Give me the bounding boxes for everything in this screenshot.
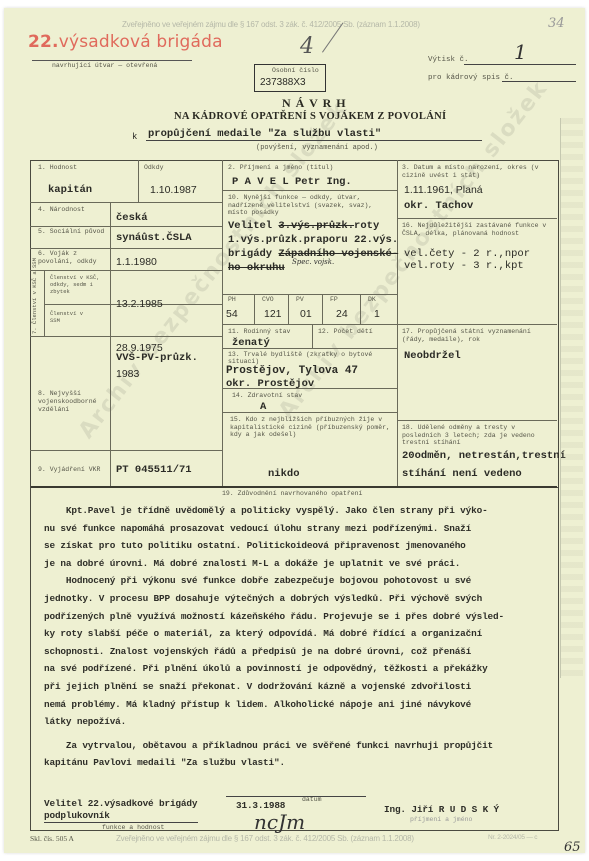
children-label: 12. Počet dětí (318, 328, 373, 335)
code-value-pv: 01 (300, 308, 312, 320)
proposal-subject: propůjčení medaile "Za službu vlasti" (148, 128, 381, 140)
form-number: Skl. čís. 505 A (30, 834, 74, 843)
justification-line: nu své funkce napomáhá prosazovat vedouc… (44, 520, 504, 538)
brigade-name: 22.výsadková brigáda (28, 32, 223, 52)
reference-number: Nr. 2-2024/05 — c (488, 834, 537, 841)
code-value-cvo: 121 (264, 308, 282, 320)
vkr-label: 9. Vyjádření VKR (38, 466, 100, 473)
rank-since-label: Odkdy (144, 164, 164, 171)
birth-date-place: 1.11.1961, Planá (404, 184, 483, 196)
important-positions-line2: vel.roty - 3 r.,kpt (404, 260, 524, 272)
handwritten-signature: ncJm (254, 810, 305, 834)
personal-number-label: Osobní číslo (272, 67, 319, 74)
social-origin-value: synáůst.ČSLA (116, 232, 192, 244)
relatives-abroad-value: nikdo (268, 468, 300, 480)
file-line (502, 81, 576, 82)
brigade-number: 22. (28, 32, 59, 52)
important-positions-label: 16. Nejdůležitější zastávané funkce v ČS… (402, 222, 552, 237)
function-line (44, 822, 198, 823)
justification-line: ky roty slabší péče o materiál, za který… (44, 625, 504, 643)
rank-label: 1. Hodnost (38, 164, 77, 171)
personal-number: 237388X3 (260, 77, 306, 88)
archive-stamp-top: Zveřejněno ve veřejném zájmu dle § 167 o… (122, 20, 420, 29)
date-label: datum (302, 796, 322, 803)
document-title: N Á V R H (282, 96, 347, 111)
current-function-line4: ho okruhu (228, 262, 285, 274)
residence-line2: okr. Prostějov (226, 378, 314, 390)
justification-line: kapitánu Pavlovi medaili "Za službu vlas… (44, 754, 504, 772)
subject-hint: (povýšení, vyznamenání apod.) (256, 144, 378, 152)
vkr-value: PT 045511/71 (116, 464, 192, 476)
document-page: Archiv bezpečnostních složek Archiv bezp… (4, 8, 585, 853)
health-label: 14. Zdravotní stav (232, 392, 302, 399)
file-label: pro kádrový spis č. (428, 74, 514, 82)
function-label: funkce a hodnost (102, 824, 164, 831)
justification-line: Za vytrvalou, obětavou a příkladnou prác… (44, 737, 504, 755)
code-value-ph: 54 (226, 308, 238, 320)
marital-status-label: 11. Rodinný stav (228, 328, 290, 335)
copy-value: 1 (514, 40, 527, 64)
justification-line: Kpt.Pavel je třídně uvědomělý a politick… (44, 502, 504, 520)
code-label-pv: PV (296, 296, 304, 303)
justification-line: při jejich plnění se snaží překonat. V d… (44, 678, 504, 696)
justification-line: podřízených plně využívá možností kázeňs… (44, 608, 504, 626)
edge-stamp (560, 118, 583, 678)
divider (32, 60, 192, 61)
justification-line: na své podřízené. Při plnění úkolů a pov… (44, 660, 504, 678)
archive-stamp-bottom: Zveřejněno ve veřejném zájmu dle § 167 o… (116, 834, 414, 843)
subject-line (146, 140, 482, 141)
birth-district: okr. Tachov (404, 200, 473, 212)
handwritten-mark: 4 (300, 34, 314, 59)
signatory-function-line2: podplukovník (44, 810, 110, 821)
current-function-label: 10. Nynější funkce — odkdy, útvar, nadří… (228, 194, 392, 217)
code-label-ph: PH (228, 296, 236, 303)
page-number-top: 34 (548, 16, 565, 31)
residence-label: 13. Trvalé bydliště (zkratky o bytové si… (228, 351, 392, 365)
justification-label: 19. Zdůvodnění navrhovaného opatření (222, 490, 362, 497)
name-label: 2. Příjmení a jméno (titul) (228, 164, 333, 171)
party-member-value: 13.2.1985 (116, 298, 163, 310)
important-positions-line1: vel.čety - 2 r.,npor (404, 248, 530, 260)
proposing-unit-label: navrhující útvar — otevřená (52, 62, 157, 69)
nationality-value: česká (116, 212, 148, 224)
education-line1: VVŠ-PV-průzk. (116, 352, 198, 364)
rank-value: kapitán (48, 184, 92, 196)
rank-since-value: 1.10.1987 (150, 184, 197, 196)
current-function-line2: 1.výs.průzk.praporu 22.výs. (228, 234, 398, 246)
justification-line: jednotky. V procesu BPP dosahuje výtečný… (44, 590, 504, 608)
justification-line: schopnosti. Znalost vojenských řádů a př… (44, 643, 504, 661)
career-soldier-label: 6. Voják z povolání, odkdy (38, 250, 108, 266)
rewards-punishments-line1: 20odměn, netrestán,trestní (402, 450, 566, 462)
justification-text: Kpt.Pavel je třídně uvědomělý a politick… (44, 502, 504, 772)
handwritten-page-number: 65 (564, 840, 581, 855)
name-value: P A V E L Petr Ing. (232, 176, 352, 188)
rewards-punishments-line2: stíhání není vedeno (402, 468, 522, 480)
subject-prefix: k (132, 132, 137, 142)
party-member-label: Členství v KSČ, odkdy, sedm i zbytek (50, 274, 108, 295)
marital-status-value: ženatý (232, 337, 270, 349)
current-function-line1: Velitel 3.výs.průzk.roty (228, 220, 379, 232)
document-subtitle: NA KÁDROVÉ OPATŘENÍ S VOJÁKEM Z POVOLÁNÍ (174, 111, 446, 122)
signatory-name: Ing. Jiří R U D S K Ý (384, 804, 499, 815)
health-value: A (260, 401, 266, 413)
handwritten-insert: Spec. vojsk. (292, 258, 334, 266)
career-soldier-value: 1.1.1980 (116, 256, 157, 268)
social-origin-label: 5. Sociální původ (38, 228, 106, 236)
code-label-dk: DK (368, 296, 376, 303)
residence-line1: Prostějov, Tylova 47 (226, 365, 358, 377)
justification-line: se získat pro tuto politiku ostatní. Pol… (44, 537, 504, 555)
education-line2: 1983 (116, 368, 139, 380)
ssm-member-label: Členství v SSM (50, 310, 96, 324)
award-underline (226, 796, 366, 797)
membership-group-label: 7. Členství v KSČ a SSM (31, 258, 38, 334)
copy-label: Výtisk č. (428, 56, 469, 64)
relatives-abroad-label: 15. Kdo z nejbližších příbuzných žije v … (230, 416, 390, 439)
code-label-fp: FP (330, 296, 338, 303)
justification-line: nemá problémy. Má kladný přístup k lidem… (44, 696, 504, 714)
rewards-punishments-label: 18. Udělené odměny a tresty v posledních… (402, 424, 552, 447)
birth-label: 3. Datum a místo narození, okres (v cizi… (402, 164, 552, 180)
code-label-cvo: CVO (262, 296, 274, 303)
code-value-dk: 1 (374, 308, 380, 320)
name-label: příjmení a jméno (410, 816, 472, 823)
nationality-label: 4. Národnost (38, 206, 85, 213)
code-value-fp: 24 (336, 308, 348, 320)
justification-line: je na dobré úrovni. Má dobré znalosti M-… (44, 555, 504, 573)
brigade-text: výsadková brigáda (59, 32, 223, 52)
copy-line (464, 64, 576, 65)
state-awards-label: 17. Propůjčená státní vyznamenání (řády,… (402, 328, 552, 343)
justification-line: Hodnocený při výkonu své funkce dobře za… (44, 572, 504, 590)
signatory-function-line1: Velitel 22.výsadkové brigády (44, 798, 197, 809)
justification-line: látky nepožívá. (44, 713, 504, 731)
education-label: 8. Nejvyšší vojenskoodborné vzdělání (38, 390, 108, 414)
state-awards-value: Neobdržel (404, 350, 461, 362)
